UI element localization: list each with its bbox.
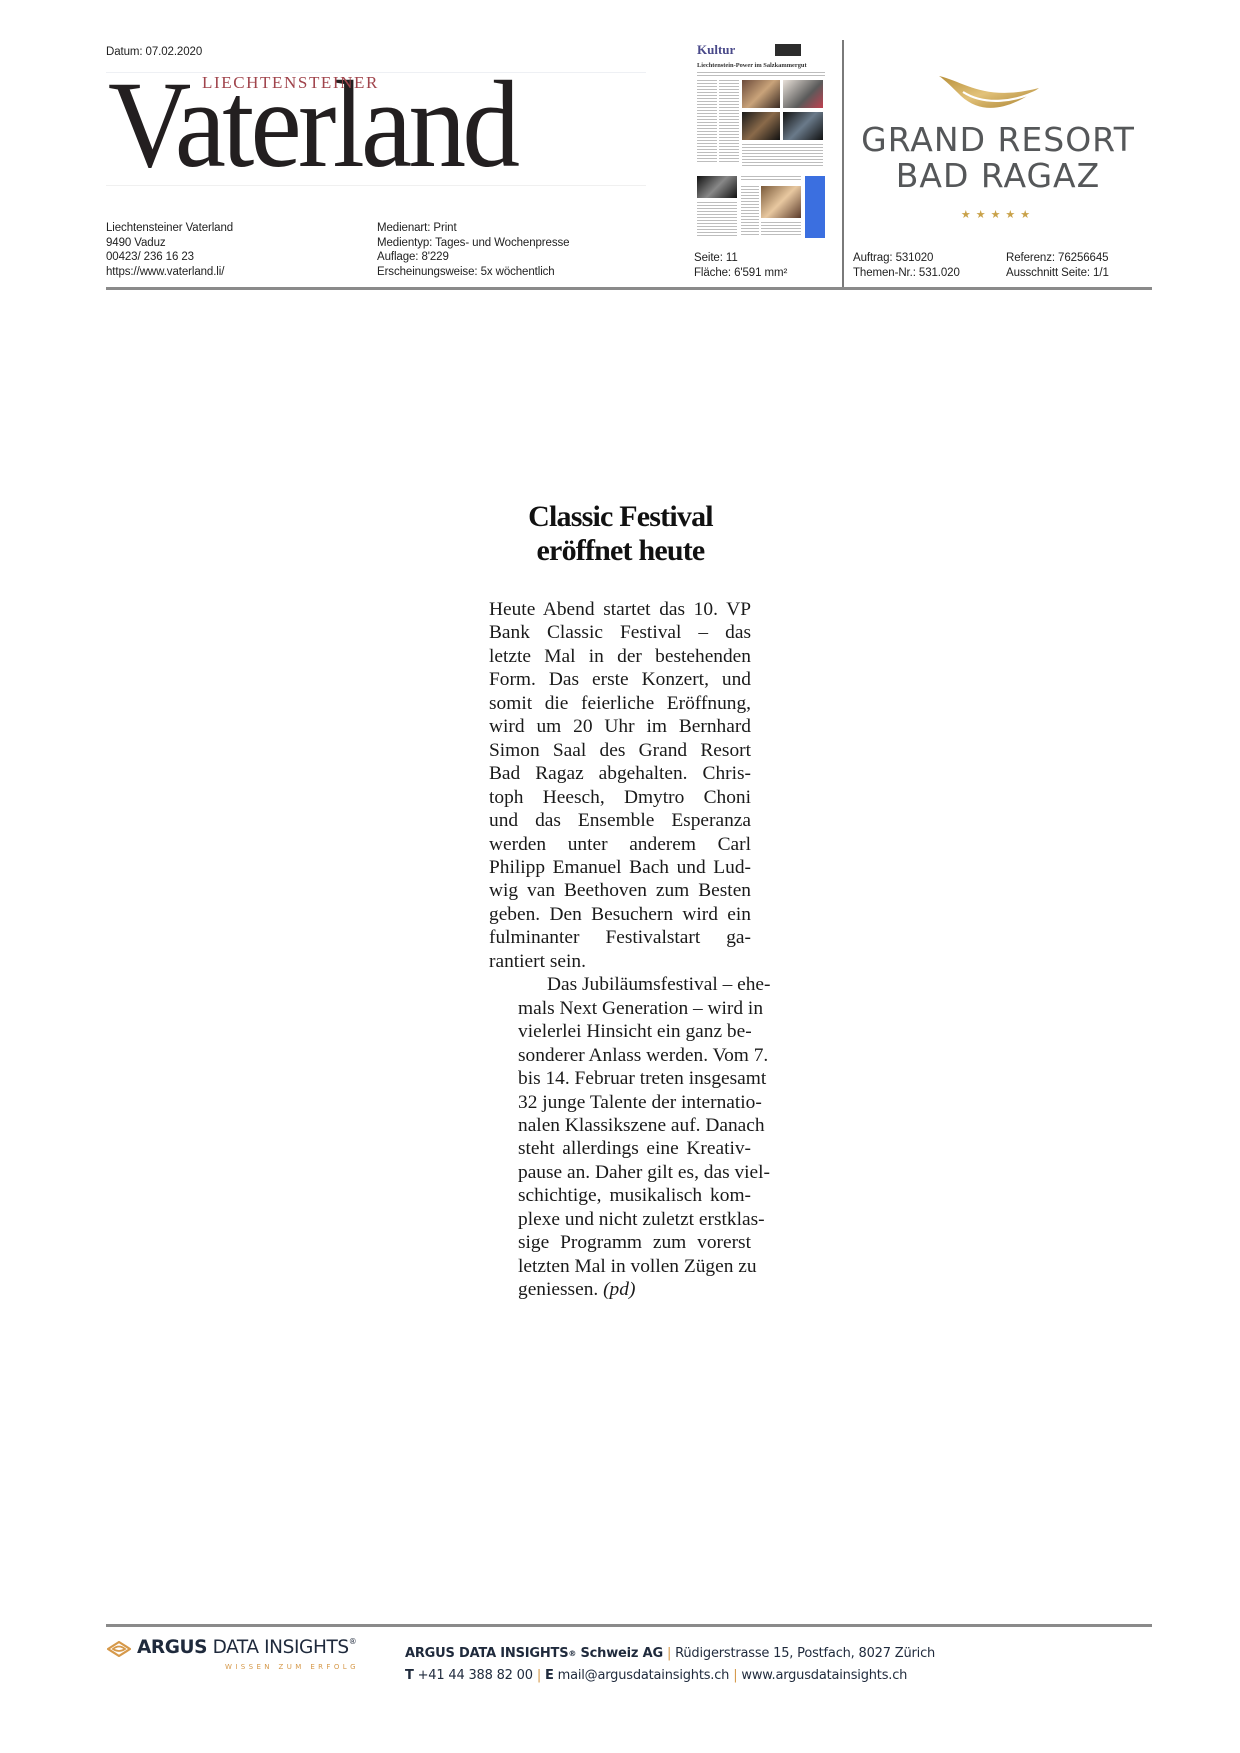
auflage: Auflage: 8'229 (377, 250, 569, 265)
text-line: Das Jubiläumsfestival – ehe- (489, 973, 751, 996)
article-title: Classic Festival eröffnet heute (489, 500, 752, 568)
text-line: Simon Saal des Grand Resort (489, 739, 751, 762)
text-line: Philipp Emanuel Bach und Lud- (489, 856, 751, 879)
paragraph-2: Das Jubiläumsfestival – ehe- mals Next G… (489, 973, 751, 1301)
text-line: plexe und nicht zuletzt erstklas- (489, 1208, 751, 1231)
email-label: E (545, 1668, 554, 1683)
thumbnail-text (719, 80, 739, 164)
text-line: Form. Das erste Konzert, und (489, 668, 751, 691)
text-line: sonderer Anlass werden. Vom 7. (489, 1044, 751, 1067)
thumbnail-photo (783, 80, 823, 108)
text-line: schichtige, musikalisch kom- (489, 1184, 751, 1207)
thumbnail-text (742, 144, 823, 168)
title-line-1: Classic Festival (489, 500, 752, 534)
thumbnail-blue-box (805, 176, 825, 238)
text-line: vielerlei Hinsicht ein ganz be- (489, 1020, 751, 1043)
separator: | (663, 1646, 675, 1661)
text-line: toph Heesch, Dmytro Choni (489, 786, 751, 809)
thumbnail-text (697, 72, 825, 76)
text-line: rantiert sein. (489, 950, 751, 973)
text-line: pause an. Daher gilt es, das viel- (489, 1161, 751, 1184)
publication-info: Liechtensteiner Vaterland 9490 Vaduz 004… (106, 221, 233, 279)
article-body: Heute Abend startet das 10. VP Bank Clas… (489, 598, 751, 1302)
registered-mark: ® (349, 1637, 357, 1646)
medientyp: Medientyp: Tages- und Wochenpresse (377, 236, 569, 251)
text-line: wird um 20 Uhr im Bernhard (489, 715, 751, 738)
reference-info: Referenz: 76256645 Ausschnitt Seite: 1/1 (1006, 251, 1109, 280)
text-line: Heute Abend startet das 10. VP (489, 598, 751, 621)
thumbnail-text (697, 80, 717, 164)
publication-url[interactable]: https://www.vaterland.li/ (106, 265, 233, 280)
footer-line-1: ARGUS DATA INSIGHTS® Schweiz AG|Rüdigers… (405, 1643, 935, 1665)
star-rating-icon: ★★★★★ (848, 208, 1148, 221)
referenz: Referenz: 76256645 (1006, 251, 1109, 266)
text-line: mals Next Generation – wird in (489, 997, 751, 1020)
thumbnail-ad-image (775, 44, 801, 56)
auftrag: Auftrag: 531020 (853, 251, 960, 266)
company-name-text: ARGUS DATA INSIGHTS (405, 1646, 568, 1661)
text-line: letzte Mal in der bestehenden (489, 645, 751, 668)
ausschnitt: Ausschnitt Seite: 1/1 (1006, 266, 1109, 281)
themen-nr: Themen-Nr.: 531.020 (853, 266, 960, 281)
thumbnail-photo (761, 186, 801, 218)
text-line: steht allerdings eine Kreativ- (489, 1137, 751, 1160)
text-line: wig van Beethoven zum Besten (489, 879, 751, 902)
argus-wordmark-light: DATA INSIGHTS (207, 1637, 349, 1658)
text-line: somit die feierliche Eröffnung, (489, 692, 751, 715)
publication-phone: 00423/ 236 16 23 (106, 250, 233, 265)
thumbnail-text (697, 202, 737, 236)
flaeche: Fläche: 6'591 mm² (694, 266, 787, 281)
phone-label: T (405, 1668, 414, 1683)
website-link[interactable]: www.argusdatainsights.ch (741, 1668, 907, 1683)
thumbnail-photo (697, 176, 737, 198)
medienart: Medienart: Print (377, 221, 569, 236)
logo-line-2: BAD RAGAZ (848, 158, 1148, 194)
argus-wordmark-bold: ARGUS (137, 1637, 207, 1658)
thumbnail-text (741, 176, 801, 182)
order-info: Auftrag: 531020 Themen-Nr.: 531.020 (853, 251, 960, 280)
thumbnail-section: Kultur (697, 42, 735, 58)
company-address: Rüdigerstrasse 15, Postfach, 8027 Zürich (675, 1646, 935, 1661)
thumbnail-text (761, 222, 801, 236)
argus-wordmark: ARGUS DATA INSIGHTS® (137, 1637, 356, 1658)
text-line: und das Ensemble Esperanza (489, 809, 751, 832)
text-line: letzten Mal in vollen Zügen zu (489, 1255, 751, 1278)
logo-line-1: GRAND RESORT (848, 122, 1148, 158)
company-name: ARGUS DATA INSIGHTS® Schweiz AG (405, 1646, 663, 1661)
footer-rule (106, 1624, 1152, 1627)
text-line: geben. Den Besuchern wird ein (489, 903, 751, 926)
text-line-content: geniessen. (518, 1279, 598, 1300)
argus-tagline: WISSEN ZUM ERFOLG (225, 1663, 359, 1671)
text-line: bis 14. Februar treten insgesamt (489, 1067, 751, 1090)
separator: | (729, 1668, 741, 1683)
thumbnail-photo (742, 80, 780, 108)
erscheinungsweise: Erscheinungsweise: 5x wöchentlich (377, 265, 569, 280)
footer-contact: ARGUS DATA INSIGHTS® Schweiz AG|Rüdigers… (405, 1643, 935, 1687)
vaterland-masthead-logo: Vaterland LIECHTENSTEINER (106, 72, 646, 186)
header-vertical-divider (842, 40, 844, 290)
masthead-subtitle: LIECHTENSTEINER (202, 73, 379, 93)
paragraph-1: Heute Abend startet das 10. VP Bank Clas… (489, 598, 751, 973)
text-line: fulminanter Festivalstart ga- (489, 926, 751, 949)
text-line: geniessen. (pd) (489, 1278, 751, 1301)
media-info: Medienart: Print Medientyp: Tages- und W… (377, 221, 569, 279)
text-line: nalen Klassikszene auf. Danach (489, 1114, 751, 1137)
grand-resort-swoosh-icon (935, 72, 1045, 122)
text-line: sige Programm zum vorerst (489, 1231, 751, 1254)
footer-line-2: T +41 44 388 82 00|E mail@argusdatainsig… (405, 1665, 935, 1687)
publication-name: Liechtensteiner Vaterland (106, 221, 233, 236)
seite: Seite: 11 (694, 251, 787, 266)
email-link[interactable]: mail@argusdatainsights.ch (554, 1668, 730, 1683)
publication-city: 9490 Vaduz (106, 236, 233, 251)
text-line: 32 junge Talente der internatio- (489, 1091, 751, 1114)
thumbnail-photo (783, 112, 823, 140)
phone-number[interactable]: +41 44 388 82 00 (414, 1668, 533, 1683)
text-line: Bad Ragaz abgehalten. Chris- (489, 762, 751, 785)
separator: | (533, 1668, 545, 1683)
header-rule (106, 287, 1152, 290)
text-line: Bank Classic Festival – das (489, 621, 751, 644)
thumbnail-photo (742, 112, 780, 140)
thumbnail-text (741, 186, 759, 236)
title-line-2: eröffnet heute (489, 534, 752, 568)
grand-resort-logo-text: GRAND RESORT BAD RAGAZ (848, 122, 1148, 194)
company-suffix: Schweiz AG (576, 1646, 663, 1661)
page-info: Seite: 11 Fläche: 6'591 mm² (694, 251, 787, 280)
newspaper-page-thumbnail[interactable]: Kultur Liechtenstein-Power im Salzkammer… (695, 40, 827, 240)
thumbnail-headline: Liechtenstein-Power im Salzkammergut (697, 62, 807, 69)
argus-eye-icon (107, 1641, 131, 1657)
byline: (pd) (603, 1279, 635, 1300)
text-line: werden unter anderem Carl (489, 833, 751, 856)
